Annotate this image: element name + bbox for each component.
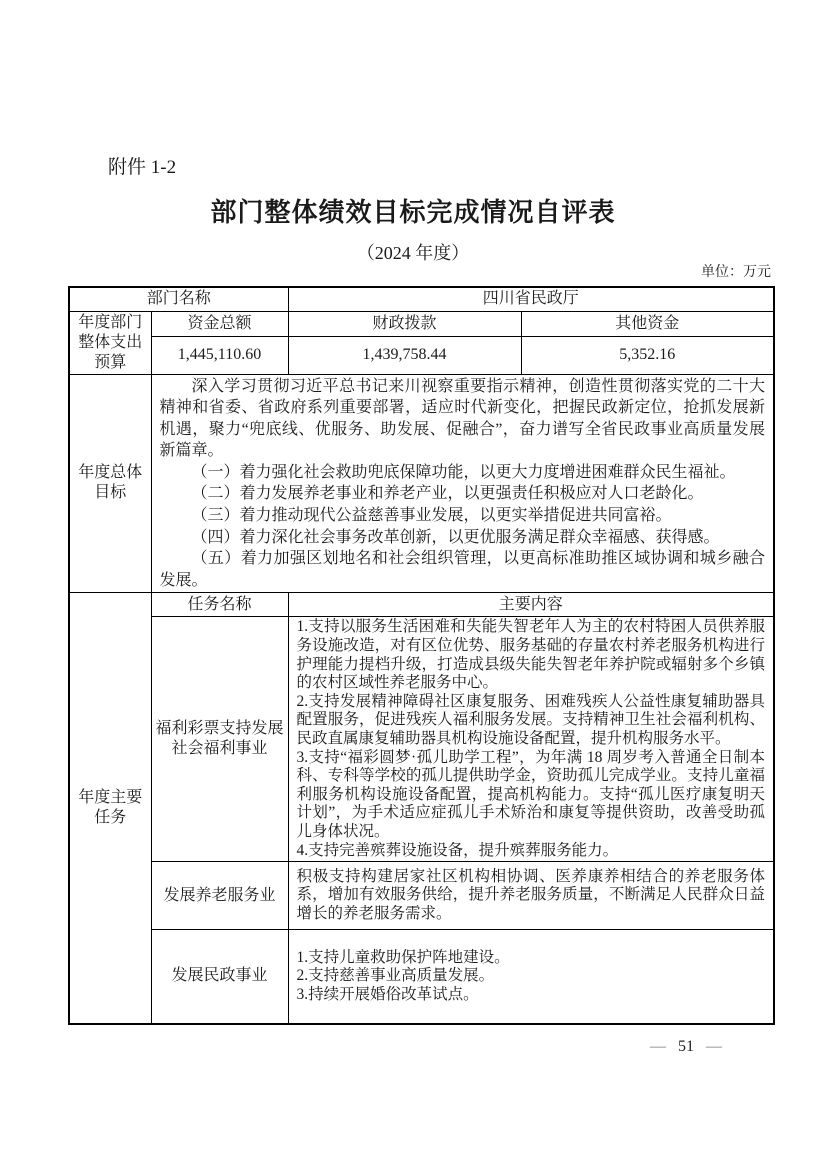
performance-table: 部门名称 四川省民政厅 年度部门整体支出预算 资金总额 财政拨款 其他资金 1,… <box>68 286 775 1025</box>
budget-fiscal-header-cell: 财政拨款 <box>288 311 521 337</box>
budget-other-value-cell: 5,352.16 <box>521 337 774 374</box>
budget-total-value-cell: 1,445,110.60 <box>151 337 288 374</box>
page-number-dash-right: — <box>706 1038 722 1055</box>
task-row-content-cell: 1.支持儿童救助保护阵地建设。2.支持慈善事业高质量发展。3.持续开展婚俗改革试… <box>288 930 774 1024</box>
task-name-header-cell: 任务名称 <box>151 593 288 617</box>
unit-note: 单位：万元 <box>701 261 771 281</box>
task-row-name-cell: 发展养老服务业 <box>151 862 288 930</box>
task-row-name-cell: 福利彩票支持发展社会福利事业 <box>151 617 288 862</box>
page-number: —51— <box>650 1038 722 1056</box>
annual-goal-label-cell: 年度总体目标 <box>69 374 151 593</box>
budget-row-label-cell: 年度部门整体支出预算 <box>69 311 151 374</box>
page-number-value: 51 <box>678 1038 694 1055</box>
task-row-content-cell: 积极支持构建居家社区机构相协调、医养康养相结合的养老服务体系，增加有效服务供给，… <box>288 862 774 930</box>
dept-name-value-cell: 四川省民政厅 <box>288 287 774 311</box>
task-row-name-cell: 发展民政事业 <box>151 930 288 1024</box>
page: { "doc": { "attachment": "附件 1-2", "titl… <box>0 0 826 1169</box>
budget-fiscal-value-cell: 1,439,758.44 <box>288 337 521 374</box>
dept-name-label-cell: 部门名称 <box>69 287 288 311</box>
budget-total-header-cell: 资金总额 <box>151 311 288 337</box>
annual-tasks-label-cell: 年度主要任务 <box>69 593 151 1024</box>
attachment-label: 附件 1-2 <box>108 152 176 179</box>
annual-goal-content-cell: 深入学习贯彻习近平总书记来川视察重要指示精神，创造性贯彻落实党的二十大精神和省委… <box>151 374 774 593</box>
page-number-dash-left: — <box>650 1038 666 1055</box>
task-row-content-cell: 1.支持以服务生活困难和失能失智老年人为主的农村特困人员供养服务设施改造，对有区… <box>288 617 774 862</box>
page-title: 部门整体绩效目标完成情况自评表 <box>0 192 826 229</box>
budget-other-header-cell: 其他资金 <box>521 311 774 337</box>
task-content-header-cell: 主要内容 <box>288 593 774 617</box>
